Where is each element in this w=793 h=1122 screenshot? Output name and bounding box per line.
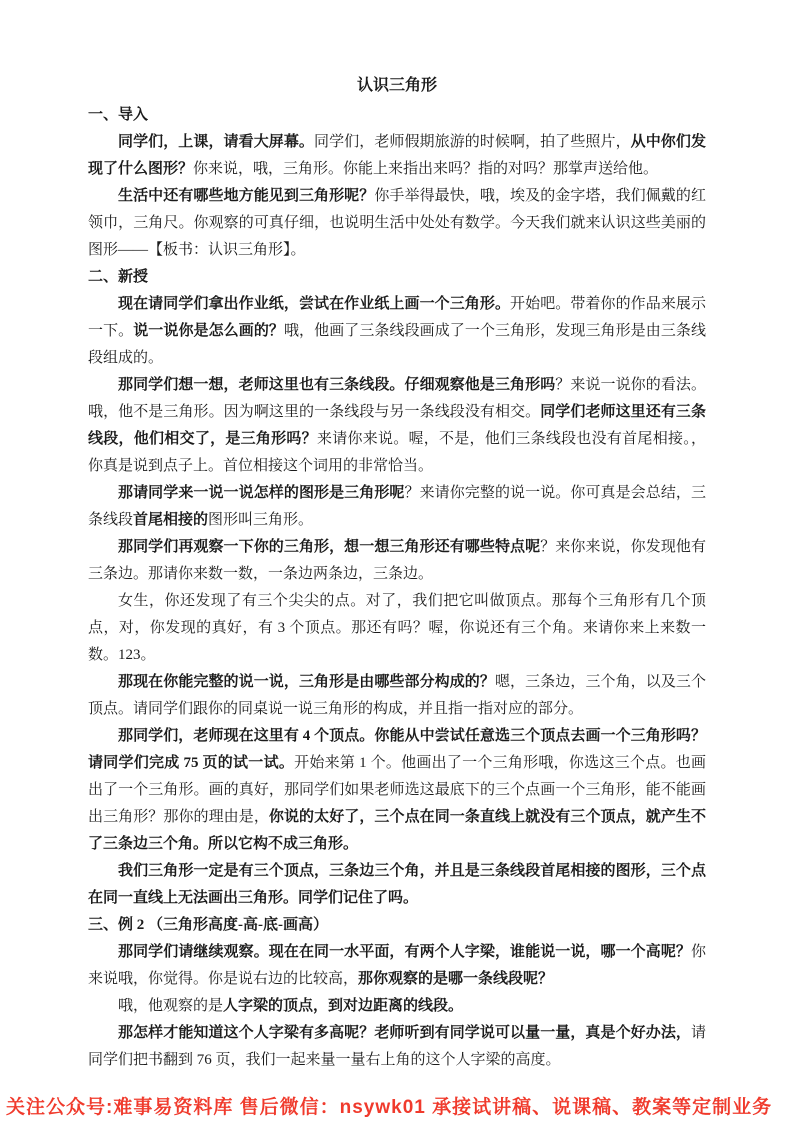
bold-text-run: 现在请同学们拿出作业纸，尝试在作业纸上画一个三角形。	[118, 296, 510, 312]
paragraph: 那同学们，老师现在这里有 4 个顶点。你能从中尝试任意选三个顶点去画一个三角形吗…	[88, 723, 706, 858]
bold-text-run: 那同学们想一想，老师这里也有三条线段。仔细观察他是三角形吗	[118, 377, 555, 393]
bold-text-run: 三、例 2 （三角形高度-高-底-画高）	[88, 917, 328, 933]
bold-text-run: 那同学们再观察一下你的三角形，想一想三角形还有哪些特点呢	[118, 539, 540, 555]
bold-text-run: 说一说你是怎么画的？	[133, 323, 284, 339]
bold-text-run: 生活中还有哪些地方能见到三角形呢？	[118, 188, 374, 204]
paragraph: 哦，他观察的是人字梁的顶点，到对边距离的线段。	[88, 993, 706, 1020]
bold-text-run: 同学们，上课，请看大屏幕。	[118, 134, 314, 150]
text-run: 女生，你还发现了有三个尖尖的点。对了，我们把它叫做顶点。那每个三角形有几个顶点，…	[88, 593, 706, 663]
bold-text-run: 人字梁的顶点，到对边距离的线段。	[223, 998, 463, 1014]
bold-text-run: 认识三角形	[357, 77, 437, 94]
bold-text-run: 那怎样才能知道这个人字梁有多高呢？老师听到有同学说可以量一量，真是个好办法，	[118, 1025, 691, 1041]
section-heading: 二、新授	[88, 264, 706, 291]
text-run: 图形叫三角形。	[208, 512, 313, 528]
bold-text-run: 二、新授	[88, 269, 148, 285]
paragraph: 同学们，上课，请看大屏幕。同学们，老师假期旅游的时候啊，拍了些照片，从中你们发现…	[88, 129, 706, 183]
document-title: 认识三角形	[88, 72, 706, 99]
paragraph: 那同学们想一想，老师这里也有三条线段。仔细观察他是三角形吗？来说一说你的看法。哦…	[88, 372, 706, 480]
bold-text-run: 那请同学来一说一说怎样的图形是三角形呢	[118, 485, 405, 501]
paragraph: 生活中还有哪些地方能见到三角形呢？你手举得最快，哦，埃及的金字塔，我们佩戴的红领…	[88, 183, 706, 264]
bold-text-run: 那同学们请继续观察。现在在同一水平面，有两个人字梁，谁能说一说，哪一个高呢？	[118, 944, 691, 960]
paragraph: 那请同学来一说一说怎样的图形是三角形呢？来请你完整的说一说。你可真是会总结，三条…	[88, 480, 706, 534]
section-heading: 三、例 2 （三角形高度-高-底-画高）	[88, 912, 706, 939]
bold-text-run: 首尾相接的	[133, 512, 208, 528]
paragraph: 现在请同学们拿出作业纸，尝试在作业纸上画一个三角形。开始吧。带着你的作品来展示一…	[88, 291, 706, 372]
paragraph: 那怎样才能知道这个人字梁有多高呢？老师听到有同学说可以量一量，真是个好办法，请同…	[88, 1020, 706, 1074]
paragraph: 女生，你还发现了有三个尖尖的点。对了，我们把它叫做顶点。那每个三角形有几个顶点，…	[88, 588, 706, 669]
footer-promo: 关注公众号:难事易资料库 售后微信：nsywk01 承接试讲稿、说课稿、教案等定…	[6, 1092, 791, 1119]
bold-text-run: 我们三角形一定是有三个顶点，三条边三个角，并且是三条线段首尾相接的图形，三个点在…	[88, 863, 706, 906]
paragraph: 那同学们请继续观察。现在在同一水平面，有两个人字梁，谁能说一说，哪一个高呢？你来…	[88, 939, 706, 993]
document-body: 认识三角形一、导入同学们，上课，请看大屏幕。同学们，老师假期旅游的时候啊，拍了些…	[88, 72, 706, 1074]
bold-text-run: 那现在你能完整的说一说，三角形是由哪些部分构成的？	[118, 674, 495, 690]
paragraph: 我们三角形一定是有三个顶点，三条边三个角，并且是三条线段首尾相接的图形，三个点在…	[88, 858, 706, 912]
text-run: 同学们，老师假期旅游的时候啊，拍了些照片，	[314, 134, 631, 150]
section-heading: 一、导入	[88, 102, 706, 129]
text-run: 哦，他观察的是	[118, 998, 223, 1014]
paragraph: 那同学们再观察一下你的三角形，想一想三角形还有哪些特点呢？来你来说，你发现他有三…	[88, 534, 706, 588]
bold-text-run: 那你观察的是哪一条线段呢？	[358, 971, 553, 987]
bold-text-run: 一、导入	[88, 107, 148, 123]
document-page: 认识三角形一、导入同学们，上课，请看大屏幕。同学们，老师假期旅游的时候啊，拍了些…	[88, 72, 706, 1074]
paragraph: 那现在你能完整的说一说，三角形是由哪些部分构成的？嗯，三条边，三个角，以及三个顶…	[88, 669, 706, 723]
text-run: 你来说，哦，三角形。你能上来指出来吗？指的对吗？那掌声送给他。	[193, 161, 658, 177]
